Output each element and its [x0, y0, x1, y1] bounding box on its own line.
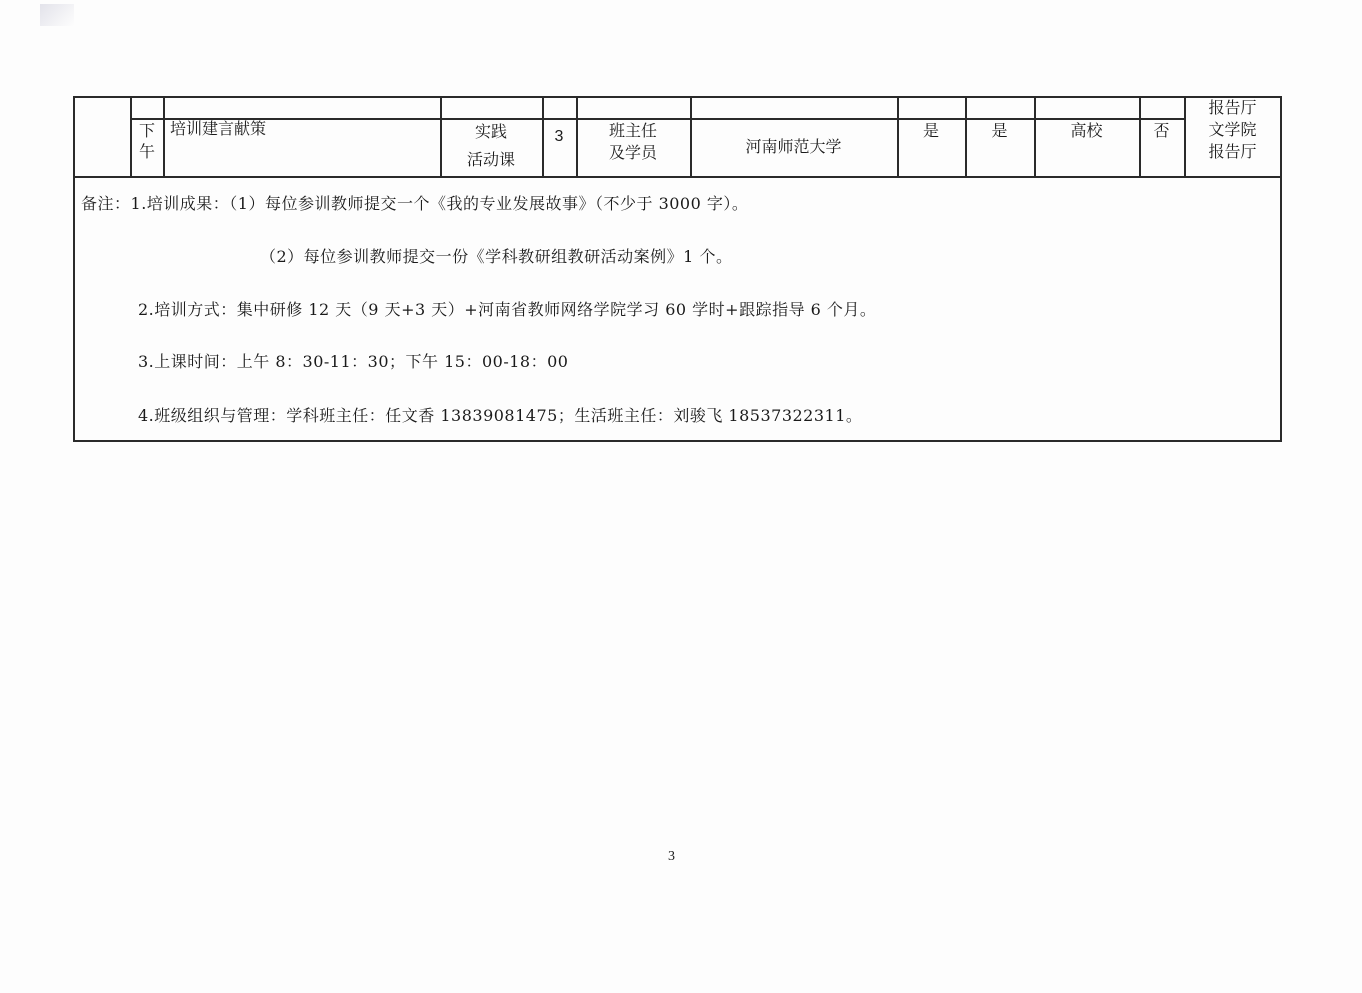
- table-left-border: [73, 96, 75, 442]
- hours-cell: 3: [542, 126, 576, 148]
- topic-cell: 培训建言献策: [170, 118, 430, 140]
- session-char: 午: [132, 141, 162, 162]
- notes-item1-b: （2）每位参训教师提交一份《学科教研组教研活动案例》1 个。: [260, 247, 732, 267]
- scan-artifact: [40, 4, 74, 26]
- venue-line: 文学院: [1184, 119, 1281, 141]
- notes-item4: 4.班级组织与管理：学科班主任：任文香 13839081475；生活班主任：刘骏…: [138, 406, 862, 426]
- course-type-line: 活动课: [440, 146, 542, 174]
- table-top-border: [73, 96, 1281, 98]
- session-char: 下: [132, 120, 162, 141]
- instructor-line: 及学员: [576, 142, 690, 164]
- schedule-table: 报告厅 下 午 培训建言献策 实践 活动课 3 班主任 及学员 河南师范大学 是…: [73, 96, 1281, 442]
- notes-item1-a: （1）每位参训教师提交一个《我的专业发展故事》（不少于 3000 字）。: [229, 194, 748, 213]
- instructor-line: 班主任: [576, 120, 690, 142]
- course-type-line: 实践: [440, 118, 542, 146]
- notes-label: 备注：: [81, 194, 131, 213]
- notes-line-1: 备注：1.培训成果：（1）每位参训教师提交一个《我的专业发展故事》（不少于 30…: [81, 194, 748, 214]
- source-cell: 高校: [1034, 120, 1139, 142]
- page-number: 3: [668, 849, 675, 865]
- venue-cell: 文学院 报告厅: [1184, 119, 1281, 163]
- table-bottom-border: [73, 440, 1281, 442]
- document-page: 报告厅 下 午 培训建言献策 实践 活动课 3 班主任 及学员 河南师范大学 是…: [0, 0, 1362, 993]
- organization-cell: 河南师范大学: [690, 136, 897, 158]
- col-c-cell: 否: [1139, 120, 1184, 142]
- notes-item3: 3.上课时间：上午 8：30-11：30；下午 15：00-18：00: [138, 352, 568, 372]
- table-row-bottom-border: [73, 176, 1281, 178]
- session-cell: 下 午: [132, 120, 162, 162]
- venue-continued: 报告厅: [1184, 97, 1281, 119]
- col-a-cell: 是: [897, 120, 965, 142]
- course-type-cell: 实践 活动课: [440, 118, 542, 174]
- col-divider: [163, 96, 165, 177]
- col-b-cell: 是: [965, 120, 1034, 142]
- notes-item2: 2.培训方式：集中研修 12 天（9 天+3 天）+河南省教师网络学院学习 60…: [138, 300, 876, 320]
- notes-item1-title: 1.培训成果：: [131, 194, 230, 213]
- instructor-cell: 班主任 及学员: [576, 120, 690, 164]
- venue-line: 报告厅: [1184, 141, 1281, 163]
